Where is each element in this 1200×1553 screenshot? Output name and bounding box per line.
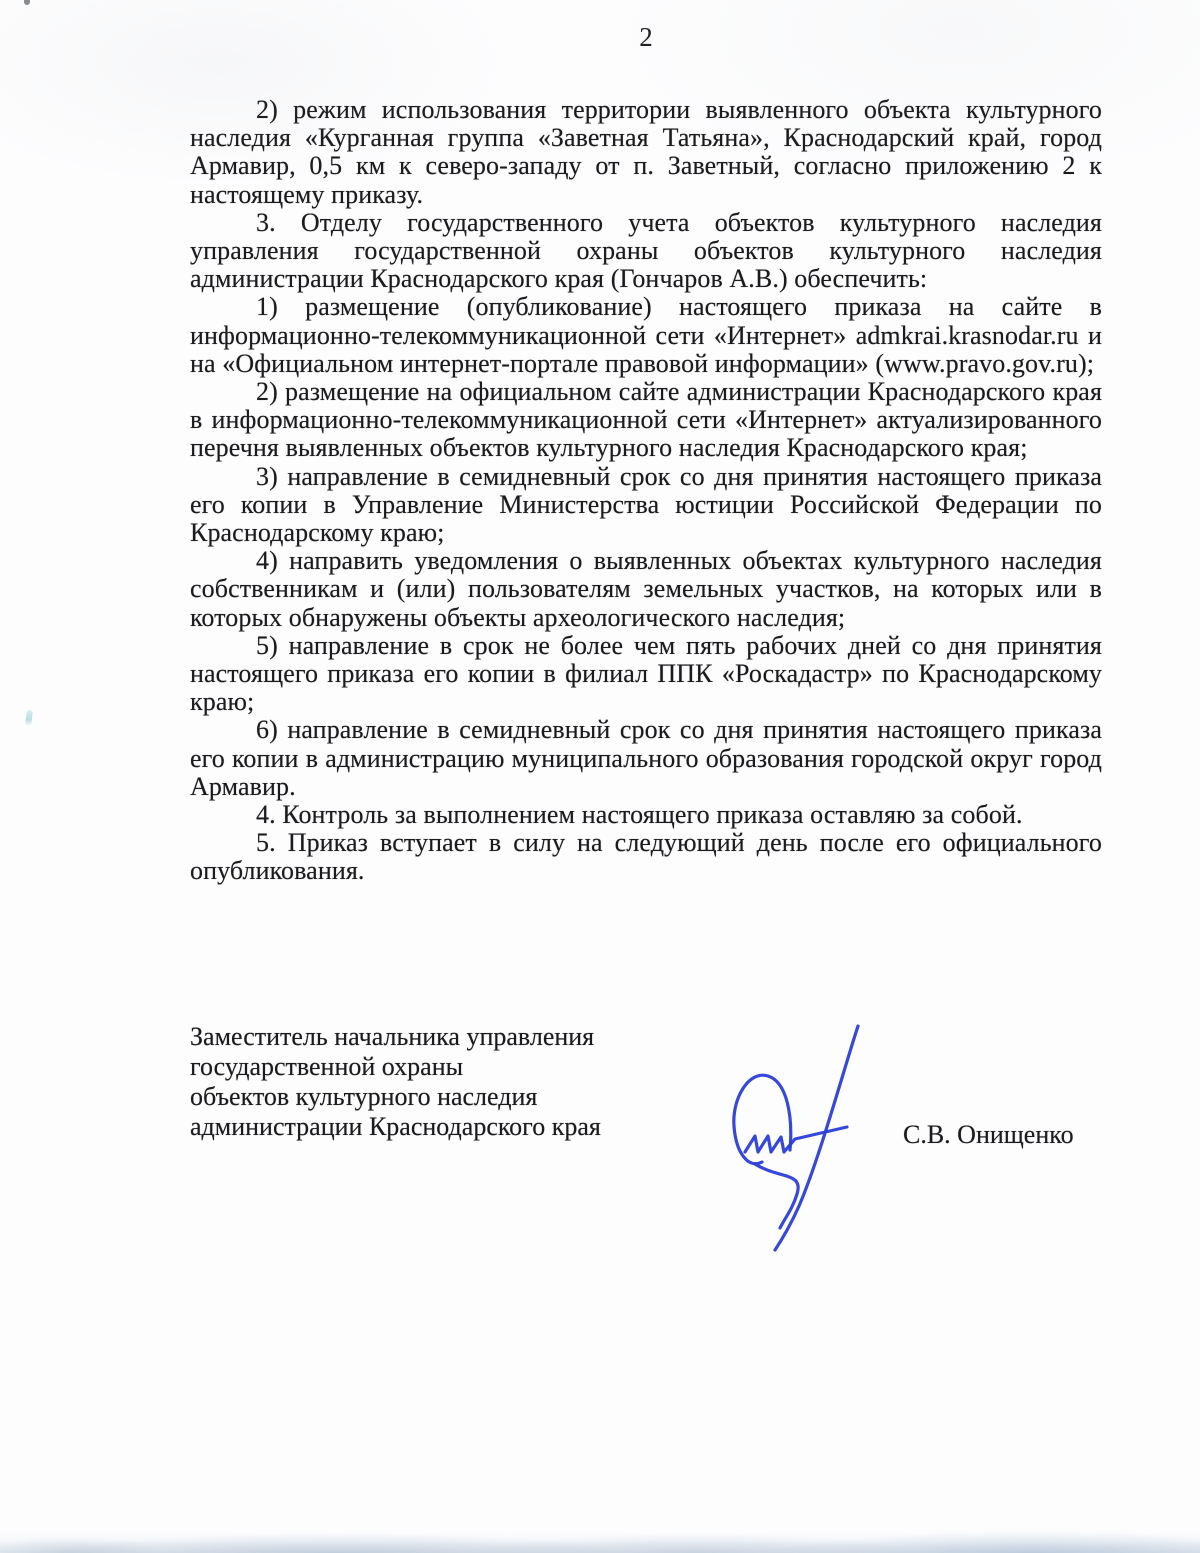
signer-name: С.В. Онищенко — [903, 1120, 1074, 1150]
body-paragraph: 4. Контроль за выполнением настоящего пр… — [190, 801, 1102, 829]
body-paragraph: 1) размещение (опубликование) настоящего… — [190, 293, 1102, 378]
document-page: 2 2) режим использования территории выяв… — [0, 0, 1200, 1553]
body-paragraph: 5) направление в срок не более чем пять … — [190, 632, 1102, 717]
body-paragraph: 2) режим использования территории выявле… — [190, 96, 1102, 209]
body-paragraph: 5. Приказ вступает в силу на следующий д… — [190, 829, 1102, 885]
signatory-title-line: объектов культурного наследия — [190, 1082, 1102, 1112]
signature-stroke — [745, 1127, 847, 1152]
signatory-title-line: государственной охраны — [190, 1052, 1102, 1082]
signatory-title-line: Заместитель начальника управления — [190, 1022, 1102, 1052]
body-paragraph: 3) направление в семидневный срок со дня… — [190, 463, 1102, 548]
scan-mark-cyan — [25, 710, 33, 727]
scan-smudge-bottom — [0, 1530, 1200, 1553]
page-number: 2 — [190, 22, 1102, 52]
body-paragraph: 6) направление в семидневный срок со дня… — [190, 716, 1102, 801]
document-body: 2) режим использования территории выявле… — [190, 96, 1102, 886]
body-paragraph: 4) направить уведомления о выявленных об… — [190, 547, 1102, 632]
scan-speck — [24, 0, 30, 5]
body-paragraph: 3. Отделу государственного учета объекто… — [190, 209, 1102, 294]
handwritten-signature — [705, 1012, 905, 1267]
body-paragraph: 2) размещение на официальном сайте админ… — [190, 378, 1102, 463]
